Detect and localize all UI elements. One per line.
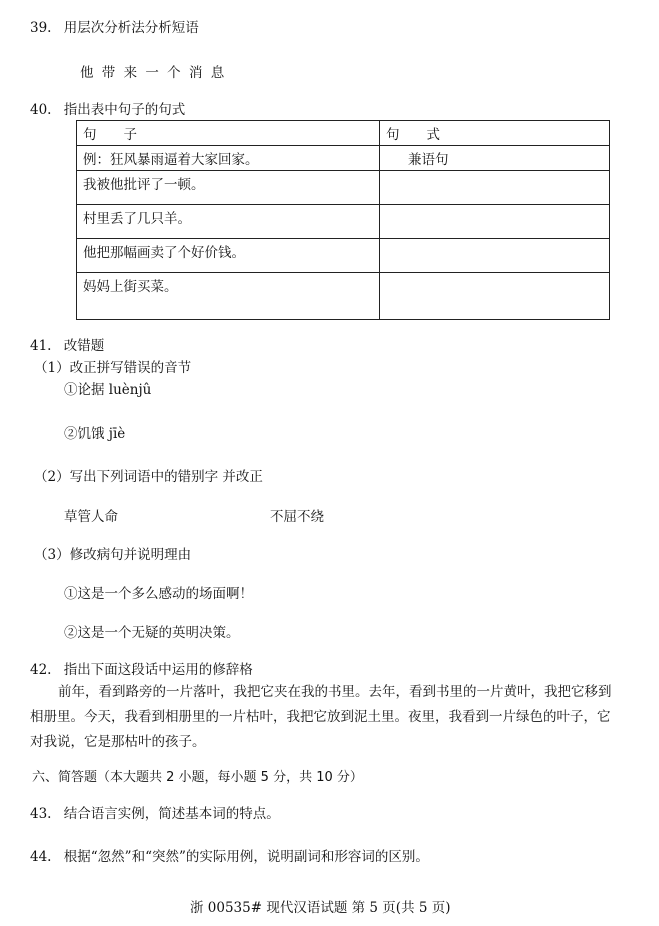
question-41: 41. 改错题 [30, 334, 104, 354]
table-row: 例：狂风暴雨逼着大家回家。 兼语句 [77, 146, 610, 171]
faulty-sentence-1: ①这是一个多么感动的场面啊！ [64, 582, 253, 602]
passage-text: 前年，看到路旁的一片落叶，我把它夹在我的书里。去年，看到书里的一片黄叶，我把它移… [30, 684, 612, 750]
part-3-label: （3）修改病句并说明理由 [34, 543, 191, 563]
pattern-answer-cell[interactable] [380, 273, 610, 320]
question-number: 40. [30, 102, 51, 118]
question-prompt: 根据“忽然”和“突然”的实际用例，说明副词和形容词的区别。 [64, 849, 429, 865]
question-prompt: 用层次分析法分析短语 [64, 20, 199, 36]
table-row: 妈妈上街买菜。 [77, 273, 610, 320]
question-number: 43. [30, 806, 51, 822]
question-prompt: 指出下面这段话中运用的修辞格 [64, 662, 253, 678]
pinyin-item-2: ②饥饿 jīè [64, 422, 125, 442]
section-6-title: 六、简答题（本大题共 2 小题，每小题 5 分，共 10 分） [32, 766, 363, 785]
table-row: 他把那幅画卖了个好价钱。 [77, 239, 610, 273]
question-prompt: 指出表中句子的句式 [64, 102, 186, 118]
pattern-answer-cell[interactable] [380, 239, 610, 273]
question-number: 41. [30, 338, 51, 354]
typo-item-1: 草管人命 [64, 505, 118, 525]
table-header-row: 句 子 句 式 [77, 121, 610, 146]
header-pattern: 句 式 [380, 121, 610, 146]
page-footer: 浙 00535# 现代汉语试题 第 5 页(共 5 页) [190, 896, 451, 916]
question-44: 44. 根据“忽然”和“突然”的实际用例，说明副词和形容词的区别。 [30, 845, 429, 865]
question-prompt: 结合语言实例，简述基本词的特点。 [64, 806, 280, 822]
header-sentence: 句 子 [77, 121, 380, 146]
question-prompt: 改错题 [64, 338, 105, 354]
table-row: 我被他批评了一顿。 [77, 171, 610, 205]
pinyin-item-1: ①论据 luènjû [64, 378, 151, 398]
part-2-label: （2）写出下列词语中的错别字 并改正 [34, 465, 263, 485]
pattern-answer-cell[interactable] [380, 205, 610, 239]
rhetoric-passage: 前年，看到路旁的一片落叶，我把它夹在我的书里。去年，看到书里的一片黄叶，我把它移… [30, 680, 615, 755]
question-39: 39. 用层次分析法分析短语 [30, 16, 199, 36]
faulty-sentence-2: ②这是一个无疑的英明决策。 [64, 621, 240, 641]
sentence-cell: 我被他批评了一顿。 [77, 171, 380, 205]
question-43: 43. 结合语言实例，简述基本词的特点。 [30, 802, 280, 822]
question-40: 40. 指出表中句子的句式 [30, 98, 185, 118]
sentence-pattern-table: 句 子 句 式 例：狂风暴雨逼着大家回家。 兼语句 我被他批评了一顿。 村里丢了… [76, 120, 610, 320]
sentence-cell: 妈妈上街买菜。 [77, 273, 380, 320]
phrase-to-analyze: 他 带 来 一 个 消 息 [80, 61, 226, 81]
sentence-cell: 例：狂风暴雨逼着大家回家。 [77, 146, 380, 171]
question-42: 42. 指出下面这段话中运用的修辞格 [30, 658, 253, 678]
question-number: 39. [30, 20, 51, 36]
typo-item-2: 不屈不绕 [270, 505, 324, 525]
table-row: 村里丢了几只羊。 [77, 205, 610, 239]
sentence-cell: 村里丢了几只羊。 [77, 205, 380, 239]
pattern-answer-cell[interactable] [380, 171, 610, 205]
question-number: 44. [30, 849, 51, 865]
sentence-cell: 他把那幅画卖了个好价钱。 [77, 239, 380, 273]
question-number: 42. [30, 662, 51, 678]
part-1-label: （1）改正拼写错误的音节 [34, 356, 191, 376]
pattern-cell: 兼语句 [380, 146, 610, 171]
